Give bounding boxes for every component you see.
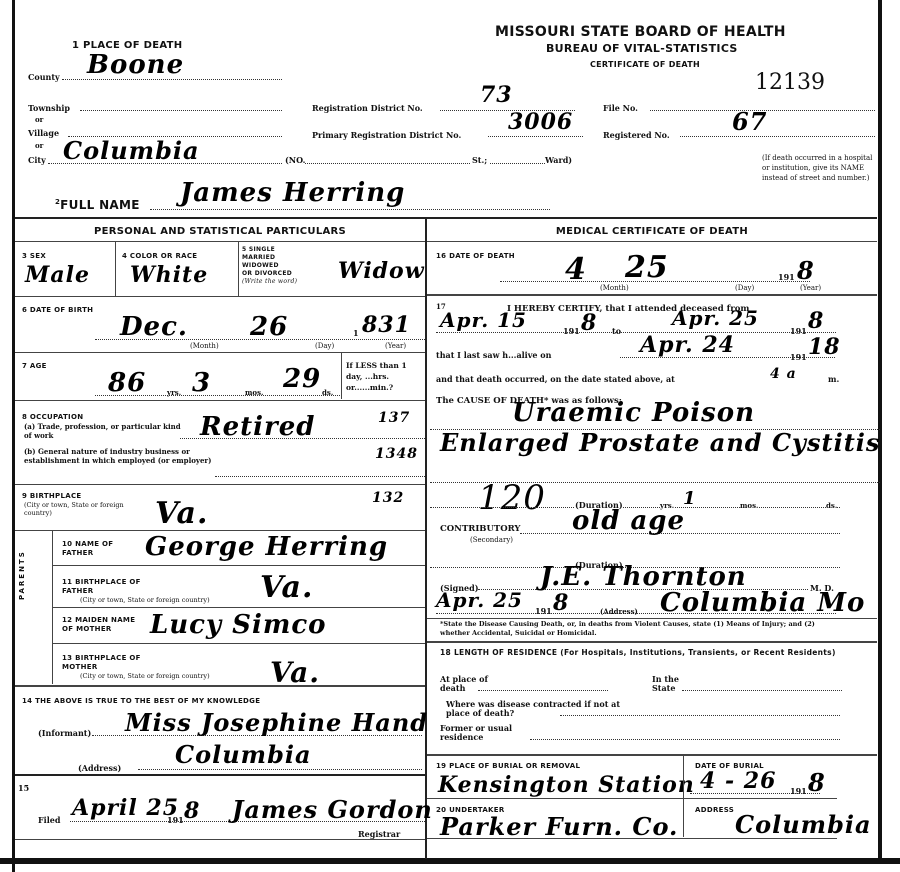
informant-label: (Informant): [38, 728, 91, 738]
divider: [427, 754, 877, 756]
primary-district-label: Primary Registration District No.: [312, 130, 461, 140]
former-residence-field[interactable]: [530, 733, 840, 740]
cause-line-2-value[interactable]: Enlarged Prostate and Cystitis: [440, 428, 880, 457]
color-label: 4 COLOR OR RACE: [122, 252, 197, 260]
death-year-prefix: 191: [778, 272, 795, 282]
divider: [15, 530, 425, 531]
reg-district-value: 73: [480, 82, 513, 108]
occupation-b-field[interactable]: [215, 470, 425, 477]
death-day-caption: (Day): [735, 284, 754, 292]
county-value: Boone: [87, 50, 184, 80]
bureau-title: BUREAU OF VITAL-STATISTICS: [546, 42, 738, 55]
divider: [427, 838, 837, 839]
undertaker-value[interactable]: Parker Furn. Co.: [440, 812, 678, 841]
divider: [427, 641, 877, 643]
city-value: Columbia: [63, 136, 200, 165]
township-field[interactable]: [80, 100, 282, 111]
cause-line-3[interactable]: [430, 475, 880, 483]
occupation-a-value: Retired: [200, 412, 315, 442]
column-divider: [425, 219, 427, 859]
full-name-value: James Herring: [180, 178, 405, 208]
undertaker-address-value[interactable]: Columbia: [735, 810, 872, 839]
street-label: St.;: [472, 155, 487, 165]
dob-day-caption: (Day): [315, 342, 334, 350]
age-years: 86: [108, 368, 146, 398]
street-no-field[interactable]: [305, 153, 470, 164]
primary-district-value: 3006: [508, 109, 573, 135]
sex-value[interactable]: Male: [25, 262, 90, 288]
to-label: to: [612, 326, 621, 336]
divider: [15, 241, 425, 242]
divider: [15, 217, 877, 219]
marital-instruction: (Write the word): [242, 278, 297, 286]
in-state-field[interactable]: [682, 684, 842, 691]
death-year-caption: (Year): [800, 284, 821, 292]
township-label: Township: [28, 103, 70, 113]
city-field[interactable]: Columbia: [48, 142, 282, 164]
hospital-note: (If death occurred in a hospital or inst…: [762, 153, 877, 183]
mother-birthplace-label: 13 BIRTHPLACE OF MOTHER: [62, 654, 142, 672]
divider: [341, 353, 342, 399]
parents-label: PARENTS: [18, 540, 26, 600]
burial-date-value: 4 - 26: [700, 768, 776, 794]
at-place-field[interactable]: [478, 684, 608, 691]
informant-address-value: Columbia: [175, 740, 312, 769]
mother-birthplace-sub: (City or town, State or foreign country): [80, 672, 210, 680]
last-saw-date: Apr. 24: [640, 332, 735, 358]
attended-from-year: 8: [581, 310, 597, 336]
divider: [115, 242, 116, 296]
margin-code: 1348: [375, 446, 418, 462]
age-months: 3: [192, 368, 211, 398]
personal-section-title: PERSONAL AND STATISTICAL PARTICULARS: [15, 226, 425, 237]
informant-address-label: (Address): [78, 763, 121, 773]
filed-year: 8: [184, 798, 200, 824]
father-name-label: 10 NAME OF FATHER: [62, 540, 142, 558]
dob-year: 831: [362, 312, 411, 338]
informant-value: Miss Josephine Hand: [125, 708, 428, 737]
street-no-label: (NO.: [285, 155, 305, 165]
divider: [683, 755, 684, 837]
registered-no-value: 67: [732, 107, 767, 136]
registrar-signature: James Gordon: [232, 795, 433, 824]
occurred-text: and that death occurred, on the date sta…: [436, 374, 675, 384]
birthplace-label: 9 BIRTHPLACE: [22, 492, 81, 500]
divider: [15, 296, 425, 297]
occupation-label: 8 OCCUPATION: [22, 413, 83, 421]
or-text: or: [35, 115, 43, 124]
attended-from-year-prefix: 191: [563, 326, 580, 336]
agency-title: MISSOURI STATE BOARD OF HEALTH: [495, 24, 786, 40]
dob-day: 26: [250, 312, 288, 342]
filed-label: Filed: [38, 815, 60, 825]
mos-label: mos.: [245, 388, 263, 397]
last-saw-text: that I last saw h...alive on: [436, 350, 551, 360]
divider: [238, 242, 239, 296]
sex-label: 3 SEX: [22, 252, 46, 260]
signed-year: 8: [553, 590, 569, 616]
father-birthplace-label: 11 BIRTHPLACE OF FATHER: [62, 578, 142, 596]
attended-to-year: 8: [808, 308, 824, 334]
marital-option-divorced: OR DIVORCED: [242, 270, 297, 278]
last-saw-year: 18: [808, 334, 841, 360]
physician-address-value: Columbia Mo: [660, 588, 865, 618]
death-year: 8: [797, 256, 815, 285]
age-days: 29: [283, 364, 321, 394]
divider: [15, 484, 425, 485]
filed-date: April 25: [72, 795, 179, 821]
margin-code: 132: [372, 490, 404, 506]
signed-year-prefix: 191: [535, 606, 552, 616]
occurred-time[interactable]: 4 a: [770, 366, 797, 382]
full-name-label: 2FULL NAME: [55, 198, 140, 212]
ds-label: ds.: [322, 388, 333, 397]
divider: [53, 607, 425, 608]
burial-year: 8: [808, 768, 826, 797]
burial-place-label: 19 PLACE OF BURIAL OR REMOVAL: [436, 762, 580, 770]
birthplace-value[interactable]: Va.: [155, 496, 208, 531]
dob-year-caption: (Year): [385, 342, 406, 350]
residence-label: 18 LENGTH OF RESIDENCE (For Hospitals, I…: [440, 648, 850, 658]
divider: [15, 685, 425, 687]
frame-border-left: [12, 0, 15, 872]
county-label: County: [28, 72, 60, 82]
filed-year-prefix: 191: [167, 815, 184, 825]
burial-place-value[interactable]: Kensington Station: [438, 772, 695, 798]
divider: [15, 352, 425, 353]
divider: [427, 618, 877, 619]
divider: [15, 774, 425, 776]
burial-year-prefix: 191: [790, 786, 807, 796]
divider: [53, 643, 425, 644]
marital-label: 5 SINGLE MARRIED WIDOWED OR DIVORCED (Wr…: [242, 246, 297, 286]
full-name-label-text: FULL NAME: [60, 198, 140, 212]
village-label: Village: [28, 128, 59, 138]
marital-option-single: 5 SINGLE: [242, 246, 297, 254]
form-title: CERTIFICATE OF DEATH: [590, 60, 700, 69]
marital-option-widowed: WIDOWED: [242, 262, 297, 270]
full-name-field[interactable]: James Herring: [150, 186, 550, 210]
dob-month: Dec.: [120, 312, 188, 342]
yrs-label: yrs.: [167, 388, 181, 397]
or-text: or: [35, 141, 43, 150]
occupation-b-label: (b) General nature of industry business …: [24, 447, 219, 465]
death-month-caption: (Month): [600, 284, 629, 292]
file-no-label: File No.: [603, 103, 638, 113]
registrar-label: Registrar: [358, 829, 400, 839]
birthplace-sub: (City or town, State or foreign country): [24, 501, 134, 517]
divider: [53, 565, 425, 566]
last-saw-year-prefix: 191: [790, 352, 807, 362]
dob-label: 6 DATE OF BIRTH: [22, 306, 93, 314]
mother-name-value[interactable]: Lucy Simco: [150, 610, 327, 640]
occupation-a-label: (a) Trade, profession, or particular kin…: [24, 422, 184, 440]
death-day: 25: [625, 250, 669, 285]
father-birthplace-value[interactable]: Va.: [260, 570, 313, 605]
divider: [15, 400, 425, 401]
county-field[interactable]: Boone: [62, 60, 282, 80]
ward-field[interactable]: [490, 153, 545, 164]
death-month: 4: [565, 252, 587, 287]
mother-name-label: 12 MAIDEN NAME OF MOTHER: [62, 616, 142, 634]
ward-label: Ward): [545, 155, 572, 165]
certificate-number: 12139: [755, 70, 825, 95]
occurred-suffix: m.: [828, 374, 839, 384]
physician-address-label: (Address): [600, 607, 638, 616]
margin-code: 120: [478, 478, 546, 518]
cause-footnote: *State the Disease Causing Death, or, in…: [440, 620, 840, 638]
cause-line-1-value: Uraemic Poison: [512, 398, 755, 428]
father-birthplace-sub: (City or town, State or foreign country): [80, 596, 210, 604]
divider: [427, 294, 877, 296]
divider: [427, 241, 877, 242]
duration-mos-label: mos.: [740, 501, 758, 510]
former-residence-label: Former or usual residence: [440, 724, 540, 742]
attended-from: Apr. 15: [440, 308, 527, 332]
attended-to: Apr. 25: [672, 306, 759, 330]
registered-no-label: Registered No.: [603, 130, 670, 140]
frame-border-bottom: [0, 858, 900, 864]
filing-number: 15: [18, 783, 29, 793]
margin-code: 137: [378, 410, 410, 426]
age-label: 7 AGE: [22, 362, 47, 370]
marital-value[interactable]: Widow: [338, 258, 425, 284]
contributory-sub: (Secondary): [470, 536, 513, 544]
contributory-label: CONTRIBUTORY: [440, 524, 521, 534]
registered-no-field[interactable]: 67: [680, 117, 875, 137]
color-value[interactable]: White: [130, 262, 208, 288]
duration-ds-label: ds.: [826, 501, 837, 510]
informant-statement: 14 THE ABOVE IS TRUE TO THE BEST OF MY K…: [22, 697, 260, 705]
less-than-day-field[interactable]: If LESS than 1 day, ...hrs. or......min.…: [346, 360, 424, 393]
medical-section-title: MEDICAL CERTIFICATE OF DEATH: [427, 226, 877, 237]
divider: [15, 839, 425, 840]
attended-to-year-prefix: 191: [790, 326, 807, 336]
divider: [427, 798, 837, 799]
city-label: City: [28, 155, 46, 165]
date-of-death-label: 16 DATE OF DEATH: [436, 252, 515, 260]
primary-district-field[interactable]: 3006: [488, 117, 583, 137]
father-name-value[interactable]: George Herring: [145, 532, 388, 562]
dob-month-caption: (Month): [190, 342, 219, 350]
contracted-field[interactable]: [560, 709, 840, 716]
signed-date: Apr. 25: [436, 588, 523, 612]
undertaker-address-label: ADDRESS: [695, 806, 734, 814]
reg-district-label: Registration District No.: [312, 103, 423, 113]
dob-year-prefix: 1: [353, 328, 359, 338]
marital-option-married: MARRIED: [242, 254, 297, 262]
contributory-value: old age: [572, 506, 685, 536]
